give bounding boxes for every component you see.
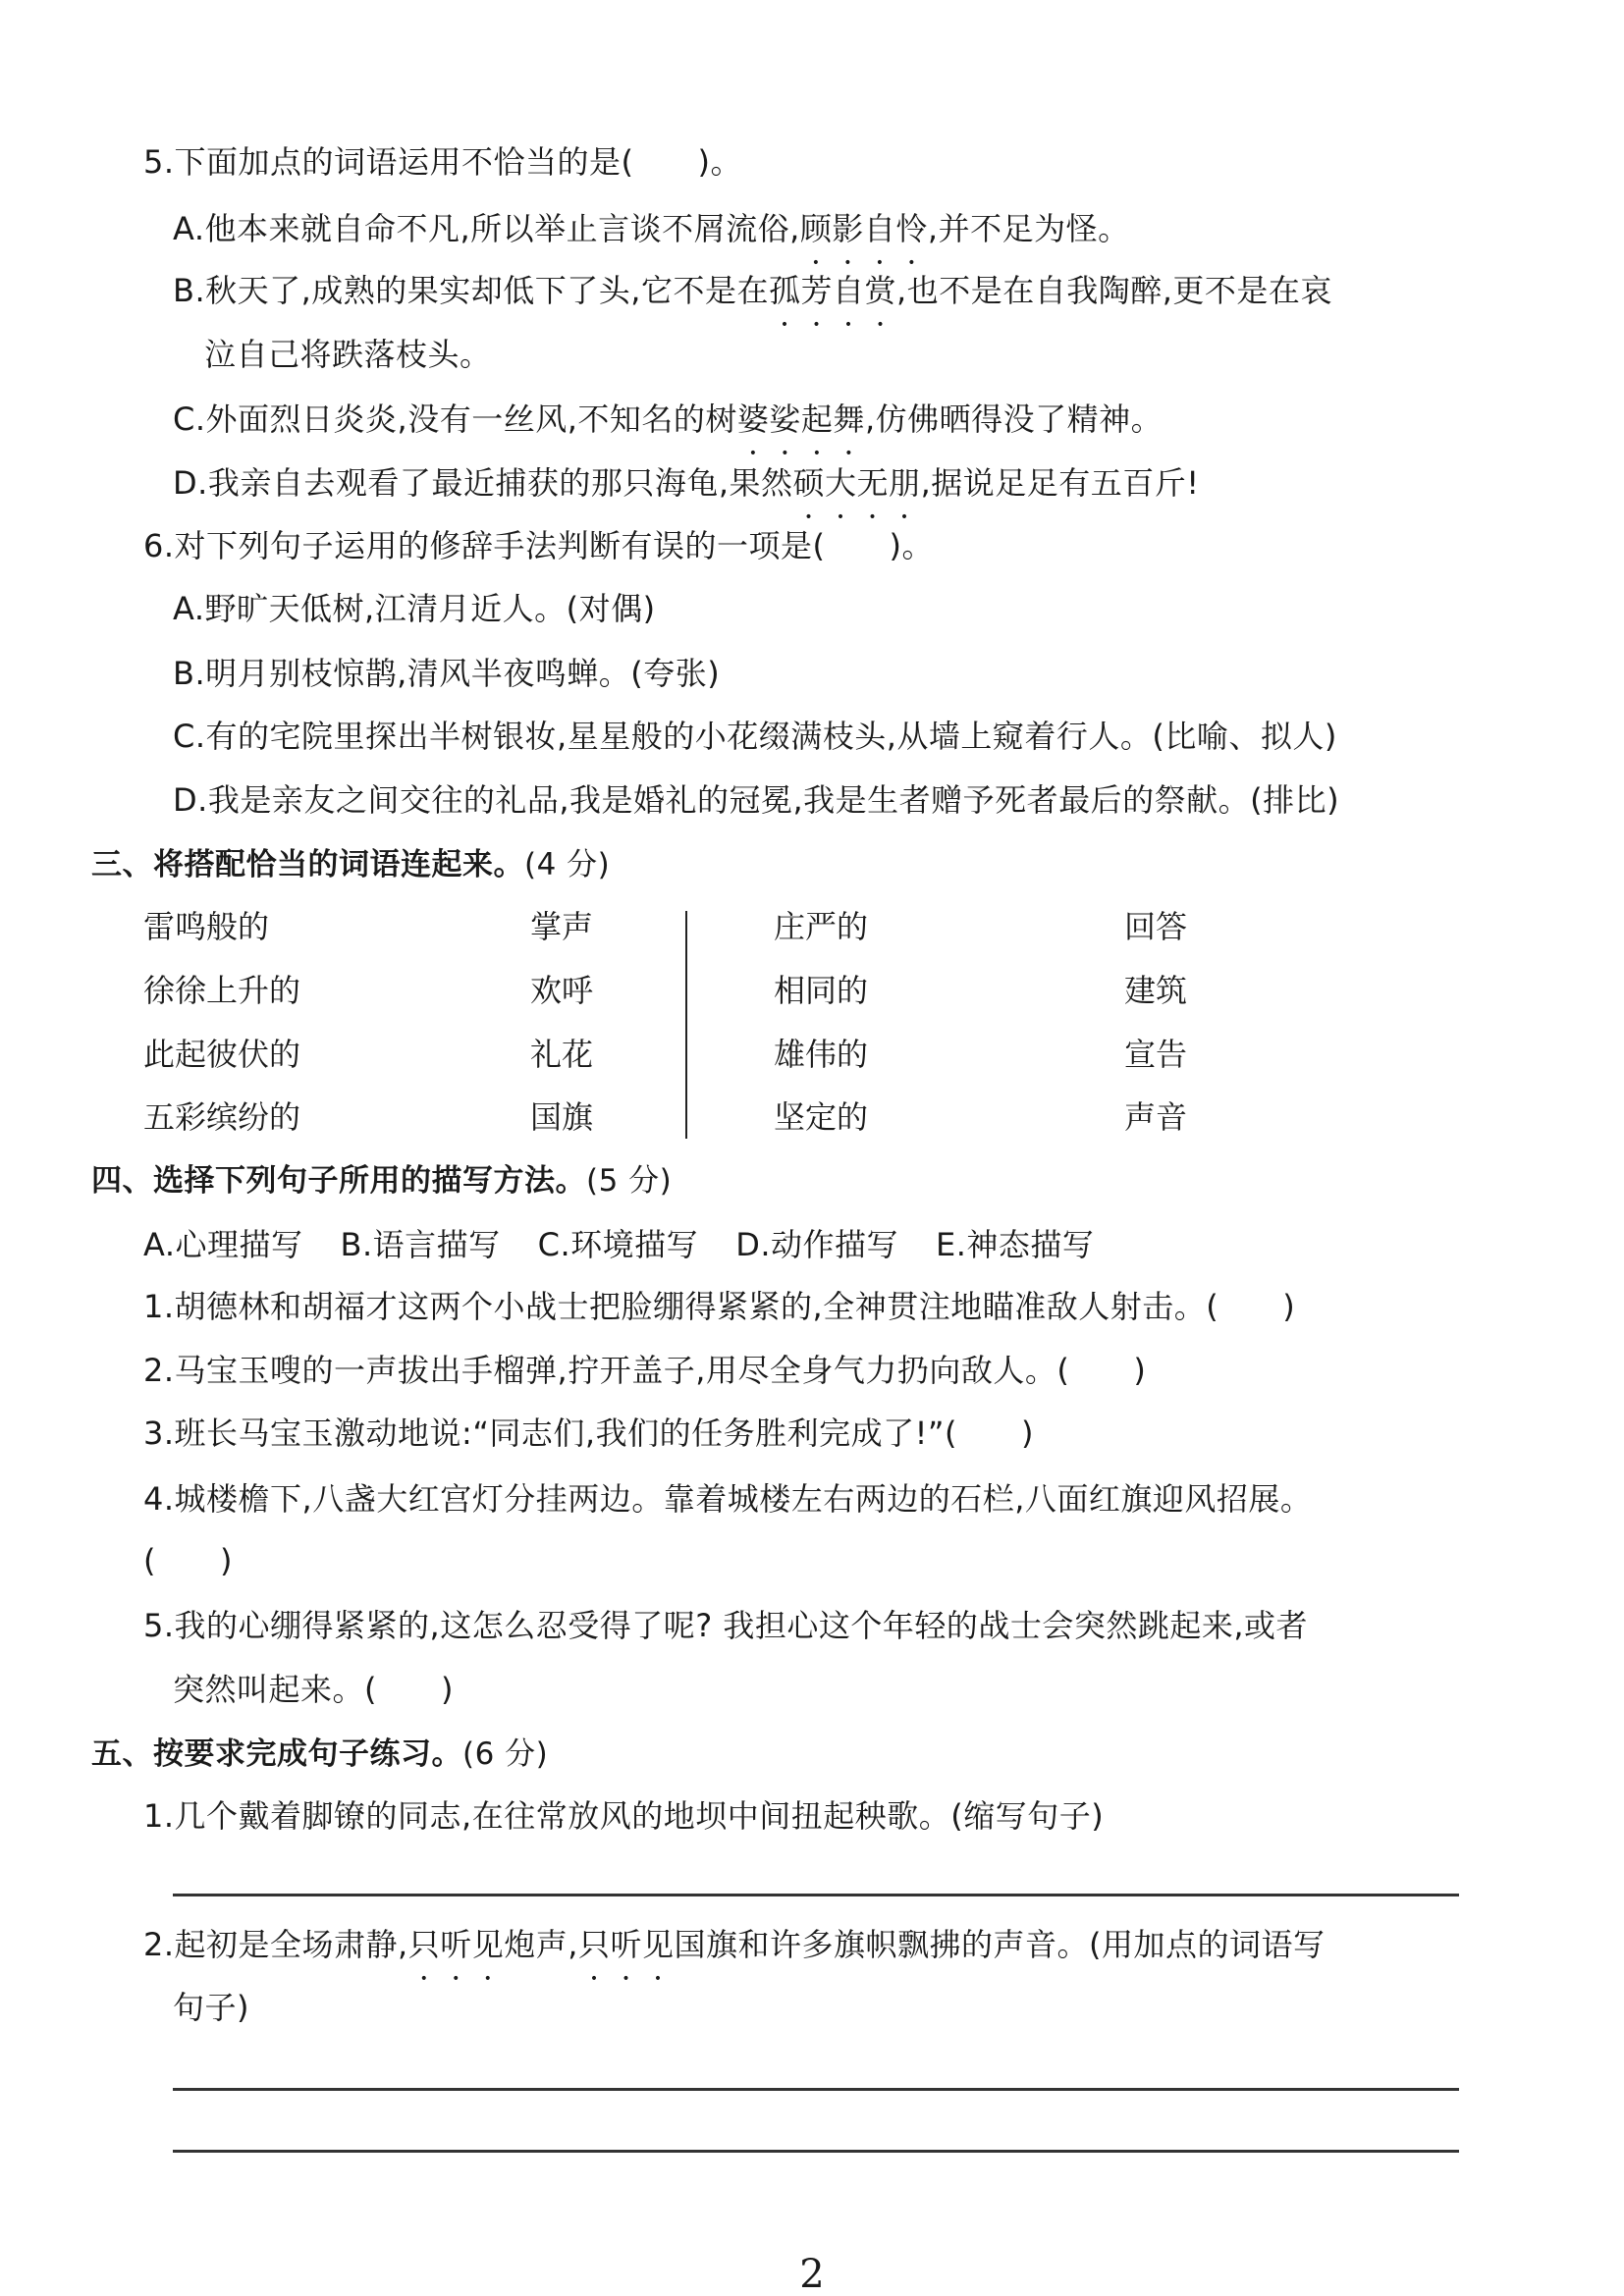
q5-option-b: B.秋天了,成熟的果实却低下了头,它不是在孤芳自赏,也不是在自我陶醉,更不是在哀 [173, 271, 1332, 310]
question-5-stem: 5.下面加点的词语运用不恰当的是( )。 [143, 142, 742, 182]
method-option: C.环境描写 [538, 1226, 699, 1263]
match-left-noun[interactable]: 掌声 [530, 907, 593, 946]
dotted-char: 见 [642, 1925, 675, 1964]
option-text: A.他本来就自命不凡,所以举止言谈不屑流俗, [173, 210, 800, 247]
match-right-noun[interactable]: 声音 [1124, 1097, 1187, 1137]
section-title: 三、将搭配恰当的词语连起来。 [91, 847, 524, 882]
section4-item-1: 1.胡德林和胡福才这两个小战士把脸绷得紧紧的,全神贯注地瞄准敌人射击。( ) [143, 1287, 1295, 1326]
dotted-char: 顾 [800, 209, 833, 248]
option-text: C.外面烈日炎炎,没有一丝风,不知名的树 [173, 400, 737, 438]
match-left-noun[interactable]: 欢呼 [530, 971, 593, 1010]
q6-option-c: C.有的宅院里探出半树银妆,星星般的小花缀满枝头,从墙上窥着行人。(比喻、拟人) [173, 717, 1337, 756]
dotted-char: 怜 [895, 209, 928, 248]
section-points: (5 分) [586, 1163, 672, 1199]
dotted-char: 大 [825, 463, 857, 503]
dotted-char: 只 [408, 1925, 441, 1964]
description-methods: A.心理描写B.语言描写C.环境描写D.动作描写E.神态描写 [143, 1225, 1131, 1264]
dotted-char: 听 [440, 1925, 472, 1964]
dotted-char: 舞 [833, 400, 865, 439]
section-4-heading: 四、选择下列句子所用的描写方法。(5 分) [91, 1161, 672, 1201]
section5-item-2: 2.起初是全场肃静,只听见炮声,只听见国旗和许多旗帜飘拂的声音。(用加点的词语写 [143, 1925, 1326, 1964]
item-text: 国旗和许多旗帜飘拂的声音。(用加点的词语写 [675, 1926, 1326, 1963]
q5-option-b-continued: 泣自己将跌落枝头。 [204, 335, 492, 374]
q6-option-d: D.我是亲友之间交往的礼品,我是婚礼的冠冕,我是生者赠予死者最后的祭献。(排比) [173, 780, 1339, 820]
option-text: ,据说足足有五百斤! [921, 464, 1200, 502]
answer-line[interactable] [173, 2150, 1459, 2153]
item-text: 2.起初是全场肃静, [143, 1926, 408, 1963]
section4-item-2: 2.马宝玉嗖的一声拔出手榴弹,拧开盖子,用尽全身气力扔向敌人。( ) [143, 1351, 1146, 1390]
q5-option-d: D.我亲自去观看了最近捕获的那只海龟,果然硕大无朋,据说足足有五百斤! [173, 463, 1200, 503]
match-right-word[interactable]: 雄伟的 [774, 1035, 868, 1074]
section5-item-1: 1.几个戴着脚镣的同志,在往常放风的地坝中间扭起秧歌。(缩写句子) [143, 1796, 1104, 1836]
option-text: B.秋天了,成熟的果实却低下了头,它不是在 [173, 272, 769, 309]
match-left-noun[interactable]: 礼花 [530, 1035, 593, 1074]
section-title: 四、选择下列句子所用的描写方法。 [91, 1163, 586, 1199]
method-option: B.语言描写 [341, 1226, 501, 1263]
dotted-char: 自 [864, 209, 896, 248]
method-option: D.动作描写 [735, 1226, 898, 1263]
answer-line[interactable] [173, 1894, 1459, 1896]
q6-option-b: B.明月别枝惊鹊,清风半夜鸣蝉。(夸张) [173, 654, 720, 693]
match-left-word[interactable]: 雷鸣般的 [143, 907, 269, 946]
column-divider [685, 911, 687, 1139]
section-points: (6 分) [462, 1736, 548, 1772]
item-text: 炮声, [504, 1926, 578, 1963]
dotted-char: 起 [801, 400, 834, 439]
option-text: ,也不是在自我陶醉,更不是在哀 [896, 272, 1332, 309]
dotted-char: 只 [578, 1925, 611, 1964]
section5-item-2-continued: 句子) [173, 1988, 249, 2027]
section-5-heading: 五、按要求完成句子练习。(6 分) [91, 1735, 548, 1774]
dotted-char: 硕 [793, 463, 826, 503]
match-left-word[interactable]: 此起彼伏的 [143, 1035, 300, 1074]
section-3-heading: 三、将搭配恰当的词语连起来。(4 分) [91, 845, 610, 884]
match-right-word[interactable]: 庄严的 [774, 907, 868, 946]
dotted-char: 听 [610, 1925, 642, 1964]
match-right-noun[interactable]: 建筑 [1124, 971, 1187, 1010]
section-title: 五、按要求完成句子练习。 [91, 1736, 462, 1772]
method-option: E.神态描写 [936, 1226, 1094, 1263]
section4-item-4-answer[interactable]: ( ) [143, 1541, 233, 1580]
dotted-char: 芳 [801, 271, 834, 310]
option-text: ,仿佛晒得没了精神。 [865, 400, 1163, 438]
match-right-noun[interactable]: 宣告 [1124, 1035, 1187, 1074]
match-left-word[interactable]: 徐徐上升的 [143, 971, 300, 1010]
section4-item-5: 5.我的心绷得紧紧的,这怎么忍受得了呢? 我担心这个年轻的战士会突然跳起来,或者 [143, 1606, 1308, 1645]
section4-item-3: 3.班长马宝玉激动地说:“同志们,我们的任务胜利完成了!”( ) [143, 1414, 1034, 1453]
dotted-char: 娑 [769, 400, 801, 439]
section-points: (4 分) [524, 847, 610, 882]
dotted-char: 无 [857, 463, 890, 503]
match-right-noun[interactable]: 回答 [1124, 907, 1187, 946]
match-left-word[interactable]: 五彩缤纷的 [143, 1097, 300, 1137]
dotted-char: 婆 [737, 400, 770, 439]
answer-line[interactable] [173, 2088, 1459, 2091]
q5-option-c: C.外面烈日炎炎,没有一丝风,不知名的树婆娑起舞,仿佛晒得没了精神。 [173, 400, 1163, 439]
page-number: 2 [0, 2252, 1624, 2296]
section4-item-5-continued: 突然叫起来。( ) [173, 1670, 454, 1709]
match-right-word[interactable]: 相同的 [774, 971, 868, 1010]
q6-option-a: A.野旷天低树,江清月近人。(对偶) [173, 589, 656, 628]
dotted-char: 影 [832, 209, 864, 248]
dotted-char: 见 [472, 1925, 505, 1964]
dotted-char: 朋 [889, 463, 921, 503]
option-text: D.我亲自去观看了最近捕获的那只海龟,果然 [173, 464, 793, 502]
dotted-char: 自 [833, 271, 865, 310]
q5-option-a: A.他本来就自命不凡,所以举止言谈不屑流俗,顾影自怜,并不足为怪。 [173, 209, 1130, 248]
option-text: ,并不足为怪。 [928, 210, 1130, 247]
section4-item-4: 4.城楼檐下,八盏大红宫灯分挂两边。靠着城楼左右两边的石栏,八面红旗迎风招展。 [143, 1479, 1312, 1519]
dotted-char: 孤 [769, 271, 801, 310]
question-6-stem: 6.对下列句子运用的修辞手法判断有误的一项是( )。 [143, 526, 934, 565]
match-right-word[interactable]: 坚定的 [774, 1097, 868, 1137]
dotted-char: 赏 [865, 271, 897, 310]
method-option: A.心理描写 [143, 1226, 303, 1263]
match-left-noun[interactable]: 国旗 [530, 1097, 593, 1137]
